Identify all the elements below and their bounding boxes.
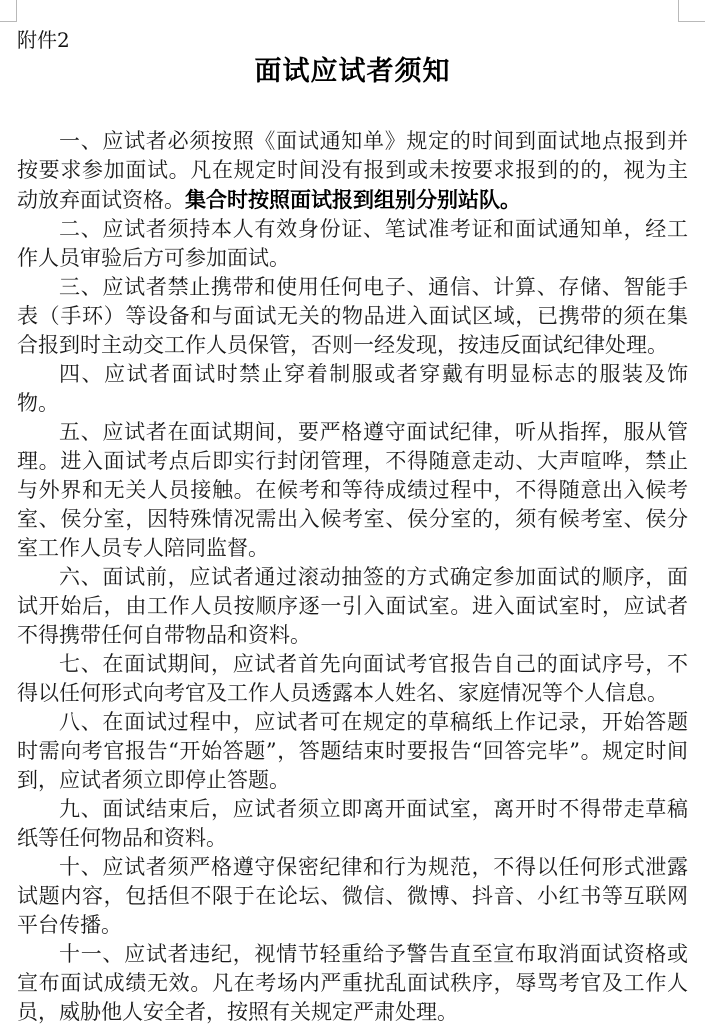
document-content: 附件2 面试应试者须知 一、应试者必须按照《面试通知单》规定的时间到面试地点报到… [17, 27, 688, 1027]
notice-paragraph-2: 二、应试者须持本人有效身份证、笔试准考证和面试通知单，经工作人员审验后方可参加面… [17, 215, 688, 273]
notice-paragraph-1: 一、应试者必须按照《面试通知单》规定的时间到面试地点报到并按要求参加面试。凡在规… [17, 127, 688, 215]
notice-paragraph-4-text: 四、应试者面试时禁止穿着制服或者穿戴有明显标志的服装及饰物。 [17, 362, 688, 415]
notice-paragraph-10-text: 十、应试者须严格遵守保密纪律和行为规范，不得以任何形式泄露试题内容，包括但不限于… [17, 855, 688, 937]
notice-paragraph-11: 十一、应试者违纪，视情节轻重给予警告直至宣布取消面试资格或宣布面试成绩无效。凡在… [17, 940, 688, 1027]
notice-paragraph-5: 五、应试者在面试期间，要严格遵守面试纪律，听从指挥，服从管理。进入面试考点后即实… [17, 418, 688, 563]
document-page: { "document": { "attachment_label": "附件2… [0, 0, 705, 1028]
page-margin-mark-right [678, 0, 705, 22]
notice-paragraph-6-text: 六、面试前，应试者通过滚动抽签的方式确定参加面试的顺序，面试开始后，由工作人员按… [17, 565, 688, 647]
notice-paragraph-6: 六、面试前，应试者通过滚动抽签的方式确定参加面试的顺序，面试开始后，由工作人员按… [17, 563, 688, 650]
notice-paragraph-1-bold-text: 集合时按照面试报到组别分别站队。 [185, 187, 521, 212]
notice-paragraph-8-text: 八、在面试过程中，应试者可在规定的草稿纸上作记录，开始答题时需向考官报告“开始答… [17, 710, 688, 792]
notice-paragraph-8: 八、在面试过程中，应试者可在规定的草稿纸上作记录，开始答题时需向考官报告“开始答… [17, 708, 688, 795]
attachment-label: 附件2 [17, 27, 688, 53]
notice-paragraph-11-text: 十一、应试者违纪，视情节轻重给予警告直至宣布取消面试资格或宣布面试成绩无效。凡在… [17, 942, 688, 1024]
notice-paragraph-3: 三、应试者禁止携带和使用任何电子、通信、计算、存储、智能手表（手环）等设备和与面… [17, 273, 688, 360]
notice-paragraph-5-text: 五、应试者在面试期间，要严格遵守面试纪律，听从指挥，服从管理。进入面试考点后即实… [17, 420, 688, 560]
notice-paragraph-4: 四、应试者面试时禁止穿着制服或者穿戴有明显标志的服装及饰物。 [17, 360, 688, 418]
notice-paragraph-9: 九、面试结束后，应试者须立即离开面试室，离开时不得带走草稿纸等任何物品和资料。 [17, 795, 688, 853]
page-title: 面试应试者须知 [17, 56, 688, 88]
notice-paragraph-3-text: 三、应试者禁止携带和使用任何电子、通信、计算、存储、智能手表（手环）等设备和与面… [17, 275, 688, 357]
notice-paragraph-9-text: 九、面试结束后，应试者须立即离开面试室，离开时不得带走草稿纸等任何物品和资料。 [17, 797, 688, 850]
notice-paragraph-7: 七、在面试期间，应试者首先向面试考官报告自己的面试序号，不得以任何形式向考官及工… [17, 650, 688, 708]
notice-paragraph-7-text: 七、在面试期间，应试者首先向面试考官报告自己的面试序号，不得以任何形式向考官及工… [17, 652, 688, 705]
page-margin-mark-left [0, 0, 17, 22]
notice-paragraph-10: 十、应试者须严格遵守保密纪律和行为规范，不得以任何形式泄露试题内容，包括但不限于… [17, 853, 688, 940]
notice-paragraph-2-text: 二、应试者须持本人有效身份证、笔试准考证和面试通知单，经工作人员审验后方可参加面… [17, 217, 688, 270]
